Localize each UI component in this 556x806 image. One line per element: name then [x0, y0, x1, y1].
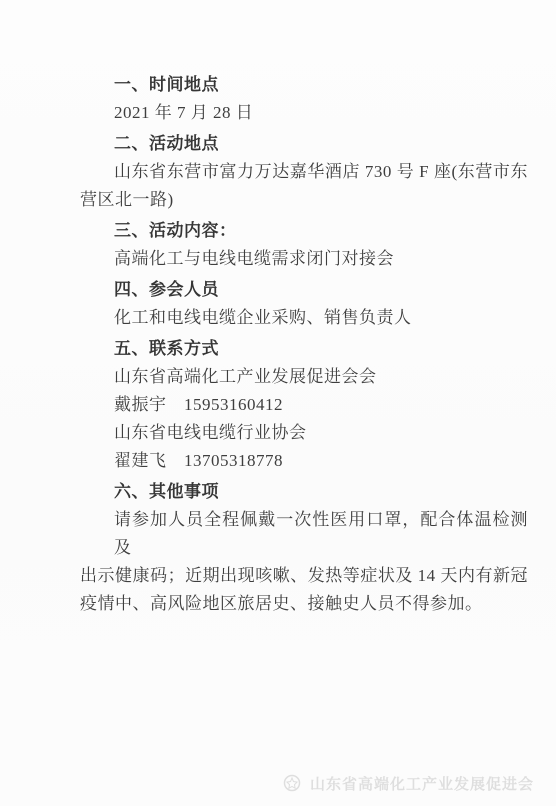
document-page: 一、时间地点 2021 年 7 月 28 日 二、活动地点 山东省东营市富力万达…	[0, 0, 556, 806]
doc-line-org-2: 山东省电线电缆行业协会	[80, 419, 528, 447]
doc-line-activity: 高端化工与电线电缆需求闭门对接会	[80, 245, 528, 273]
doc-line-notice-1: 请参加人员全程佩戴一次性医用口罩，配合体温检测及	[80, 506, 528, 562]
section-heading-5: 五、联系方式	[80, 335, 528, 363]
doc-line-date: 2021 年 7 月 28 日	[80, 99, 528, 127]
doc-line-participants: 化工和电线电缆企业采购、销售负责人	[80, 304, 528, 332]
doc-line-contact-2: 翟建飞 13705318778	[80, 447, 528, 475]
doc-line-org-1: 山东省高端化工产业发展促进会会	[80, 363, 528, 391]
doc-line-venue-2: 营区北一路)	[80, 186, 528, 214]
footer-watermark: 山东省高端化工产业发展促进会	[281, 772, 534, 794]
section-heading-3: 三、活动内容：	[80, 217, 528, 245]
doc-line-venue-1: 山东省东营市富力万达嘉华酒店 730 号 F 座(东营市东	[80, 158, 528, 186]
footer-org-name: 山东省高端化工产业发展促进会	[310, 773, 534, 794]
doc-line-contact-1: 戴振宇 15953160412	[80, 391, 528, 419]
document-body: 一、时间地点 2021 年 7 月 28 日 二、活动地点 山东省东营市富力万达…	[80, 68, 528, 618]
section-heading-4: 四、参会人员	[80, 276, 528, 304]
section-heading-1: 一、时间地点	[80, 71, 528, 99]
section-heading-6: 六、其他事项	[80, 478, 528, 506]
association-emblem-icon	[281, 772, 303, 794]
section-heading-2: 二、活动地点	[80, 130, 528, 158]
doc-line-notice-2: 出示健康码；近期出现咳嗽、发热等症状及 14 天内有新冠	[80, 562, 528, 590]
doc-line-notice-3: 疫情中、高风险地区旅居史、接触史人员不得参加。	[80, 590, 528, 618]
